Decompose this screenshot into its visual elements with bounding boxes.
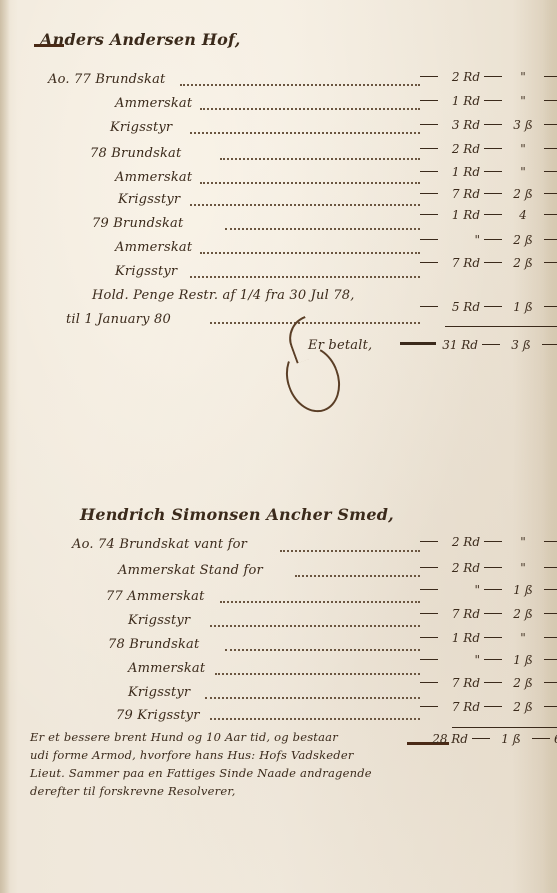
entry1-total-amount: 31 Rd3 ß5 (400, 338, 557, 352)
entry2-line-amount: 2 Rd"" (420, 561, 557, 575)
amount-rd: 7 Rd (442, 607, 480, 621)
amount-mk: 2 ß (506, 700, 540, 714)
entry2-line-label: 77 Ammerskat (106, 589, 205, 604)
leader-dots (200, 182, 420, 184)
entry2-line-amount: "1 ß" (420, 583, 557, 597)
entry2-line-label: Ammerskat (128, 661, 205, 676)
leader-dots (190, 132, 420, 134)
entry1-line-label: Krigsstyr (118, 192, 180, 207)
amount-rd: 1 Rd (442, 165, 480, 179)
entry1-line-amount: 1 Rd"" (420, 165, 557, 179)
sum-rule (445, 326, 557, 327)
note-line: Lieut. Sammer paa en Fattiges Sinde Naad… (30, 766, 372, 780)
total-rd: 31 Rd (440, 338, 478, 352)
leader-dots (210, 322, 420, 324)
entry2-line-amount: 1 Rd"" (420, 631, 557, 645)
entry1-line-label: Ammerskat (115, 96, 192, 111)
amount-mk: " (506, 94, 540, 108)
total-rd: 28 Rd (430, 732, 468, 746)
amount-mk: 2 ß (506, 256, 540, 270)
leader-dots (280, 550, 420, 552)
amount-mk: " (506, 535, 540, 549)
amount-mk: " (506, 142, 540, 156)
note-line-text: udi forme Armod, hvorfore hans Hus: Hofs… (30, 748, 354, 762)
amount-rd: 2 Rd (442, 561, 480, 575)
total-mk: 3 ß (504, 338, 538, 352)
leader-dots (200, 252, 420, 254)
amount-mk: 2 ß (506, 187, 540, 201)
amount-rd: 7 Rd (442, 700, 480, 714)
amount-mk: 1 ß (506, 653, 540, 667)
amount-mk: 2 ß (506, 676, 540, 690)
amount-rd: 3 Rd (442, 118, 480, 132)
amount-rd: 2 Rd (442, 70, 480, 84)
amount-mk: " (506, 631, 540, 645)
entry1-line-label: Krigsstyr (115, 264, 177, 279)
leader-dots (215, 673, 420, 675)
entry1-line-label: 78 Brundskat (90, 146, 181, 161)
amount-mk: 4 (506, 208, 540, 222)
entry2-line-amount: "1 ß" (420, 653, 557, 667)
entry1-line-amount: 5 Rd1 ß5 (420, 300, 557, 314)
entry1-line-amount: 7 Rd2 ß10 (420, 187, 557, 201)
entry1-line-label: 79 Brundskat (92, 216, 183, 231)
entry1-line-amount: 2 Rd"" (420, 142, 557, 156)
page-right-edge (543, 0, 557, 893)
amount-mk: " (506, 561, 540, 575)
entry2-total-amount: 28 Rd1 ß6 (430, 732, 557, 746)
leader-dots (210, 625, 420, 627)
note-line: udi forme Armod, hvorfore hans Hus: Hofs… (30, 748, 354, 762)
amount-rd: " (442, 233, 480, 247)
leader-dots (220, 158, 420, 160)
amount-rd: 1 Rd (442, 208, 480, 222)
entry1-line-label: til 1 January 80 (66, 312, 171, 327)
amount-mk: 3 ß (506, 118, 540, 132)
entry2-line-label: 79 Krigsstyr (116, 708, 200, 723)
entry2-title: Hendrich Simonsen Ancher Smed, (80, 505, 394, 524)
manuscript-page: Anders Andersen Hof, Ao. 77 Brundskat 2 … (0, 0, 557, 893)
entry2-line-amount: 7 Rd2 ß10 (420, 607, 557, 621)
entry2-line-label: 78 Brundskat (108, 637, 199, 652)
note-line: derefter til forskrevne Resolverer, (30, 784, 236, 798)
entry2-line-label: Krigsstyr (128, 685, 190, 700)
page-gutter-shadow (0, 0, 10, 893)
amount-rd: 5 Rd (442, 300, 480, 314)
leader-dots (210, 718, 420, 720)
amount-rd: 2 Rd (442, 535, 480, 549)
entry1-line-amount: 1 Rd"" (420, 94, 557, 108)
leader-dots (180, 84, 420, 86)
entry1-line-amount: "2 ß" (420, 233, 557, 247)
entry2-line-amount: 7 Rd2 ß" (420, 700, 557, 714)
leader-dots (225, 649, 420, 651)
entry1-line-amount: 3 Rd3 ß5 (420, 118, 557, 132)
entry1-line-amount: 1 Rd4" (420, 208, 557, 222)
leader-dots (190, 204, 420, 206)
note-line: Er et bessere brent Hund og 10 Aar tid, … (30, 730, 338, 744)
amount-mk: 1 ß (506, 583, 540, 597)
entry1-line-label: Hold. Penge Restr. af 1/4 fra 30 Jul 78, (92, 288, 355, 303)
amount-rd: 7 Rd (442, 187, 480, 201)
entry1-line-label: Ao. 77 Brundskat (48, 72, 165, 87)
leader-dots (190, 276, 420, 278)
entry2-line-label: Ao. 74 Brundskat vant for (72, 537, 247, 552)
amount-mk: 1 ß (506, 300, 540, 314)
leader-dots (225, 228, 420, 230)
entry1-line-label: Ammerskat (115, 170, 192, 185)
amount-rd: 1 Rd (442, 94, 480, 108)
sum-rule (452, 727, 557, 728)
entry2-line-label: Ammerskat Stand for (118, 563, 263, 578)
leader-dots (205, 697, 420, 699)
amount-rd: 7 Rd (442, 676, 480, 690)
amount-rd: 1 Rd (442, 631, 480, 645)
entry2-line-label: Krigsstyr (128, 613, 190, 628)
leader-dots (200, 108, 420, 110)
leader-dots (220, 601, 420, 603)
amount-rd: " (442, 653, 480, 667)
amount-rd: " (442, 583, 480, 597)
amount-mk: " (506, 165, 540, 179)
title-flourish (34, 44, 64, 47)
entry1-line-amount: 7 Rd2 ß10 (420, 256, 557, 270)
amount-mk: 2 ß (506, 233, 540, 247)
entry1-line-label: Krigsstyr (110, 120, 172, 135)
leader-dots (295, 575, 420, 577)
entry1-line-amount: 2 Rd"" (420, 70, 557, 84)
total-mk: 1 ß (494, 732, 528, 746)
amount-rd: 2 Rd (442, 142, 480, 156)
amount-mk: 2 ß (506, 607, 540, 621)
amount-mk: " (506, 70, 540, 84)
entry2-line-amount: 2 Rd"" (420, 535, 557, 549)
entry1-title: Anders Andersen Hof, (40, 30, 241, 49)
entry2-line-amount: 7 Rd2 ß" (420, 676, 557, 690)
amount-rd: 7 Rd (442, 256, 480, 270)
entry1-line-label: Ammerskat (115, 240, 192, 255)
